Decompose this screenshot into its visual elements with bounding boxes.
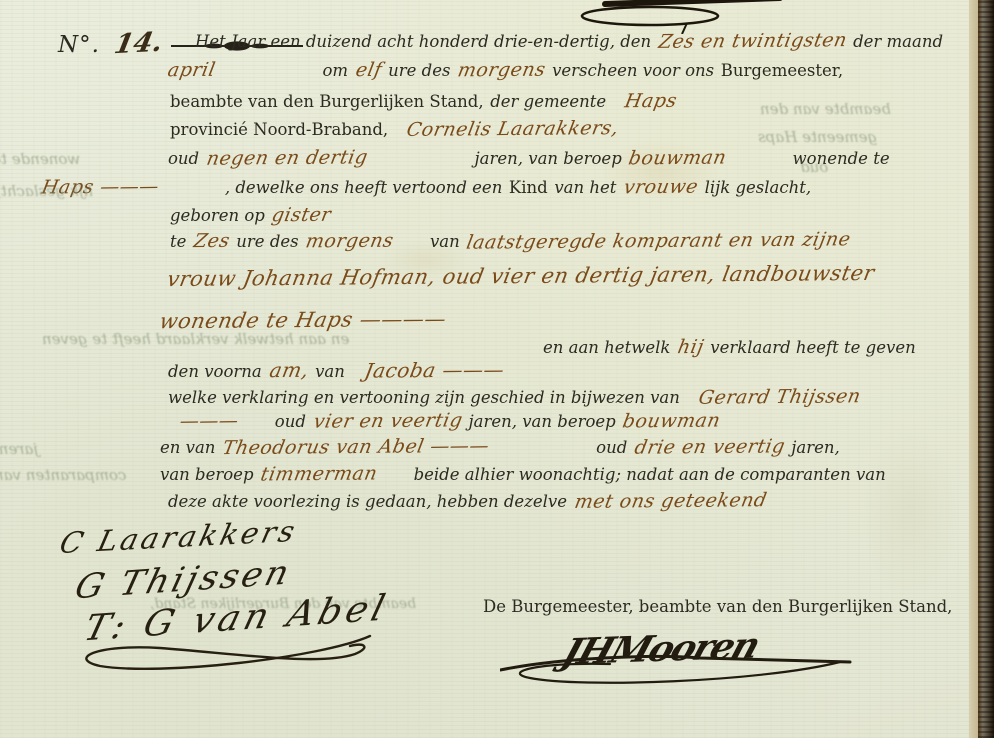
printed-form-text: oud <box>596 438 627 457</box>
act-line: Het Jaar een duizend acht honderd drie-e… <box>195 30 943 52</box>
paper-stain <box>860 420 960 600</box>
handwritten-entry: Zes <box>192 230 232 252</box>
printed-form-text: der maand <box>853 32 943 51</box>
act-line: van beroeptimmermanbeide alhier woonacht… <box>160 463 886 485</box>
handwritten-entry: vier en veertig <box>311 409 464 432</box>
act-line: en aan hetwelkhijverklaard heeft te geve… <box>543 336 916 358</box>
bleedthrough-text: comparanten van <box>0 466 126 484</box>
page-edge-light <box>969 0 978 738</box>
birth-act-document: N°. 14. Het Jaar een duizend acht honder… <box>0 0 994 738</box>
bleedthrough-text: gemeente Haps <box>758 128 877 146</box>
previous-act-signature-flourish <box>535 0 785 34</box>
handwritten-entry: Zes en twintigsten <box>657 29 849 53</box>
bleedthrough-text: lijk geslacht, <box>0 182 93 200</box>
printed-form-text: beide alhier woonachtig; nadat aan de co… <box>414 465 886 484</box>
printed-form-text: ure des <box>236 232 298 251</box>
act-line: deze akte voorlezing is gedaan, hebben d… <box>168 490 766 512</box>
printed-form-text: jaren, <box>791 438 839 457</box>
printed-form-text: oud <box>275 412 306 431</box>
act-line: den voornaam,vanJacoba ——— <box>168 358 504 382</box>
printed-form-text: te <box>170 232 186 251</box>
printed-form-text: verscheen voor ons <box>552 61 714 80</box>
handwritten-entry: Gerard Thijssen <box>697 385 863 408</box>
handwritten-entry: met ons geteekend <box>572 489 768 513</box>
act-line: vrouw Johanna Hofman, oud vier en dertig… <box>168 264 874 288</box>
printed-form-text: en van <box>160 438 215 457</box>
printed-form-text: van <box>430 232 460 251</box>
printed-form-text: verklaard heeft te geven <box>710 338 915 357</box>
handwritten-entry: laatstgeregde komparant en van zijne <box>465 228 853 253</box>
bleedthrough-text: en aan hetwelk verklaard heeft te geven <box>42 330 349 348</box>
signature-laarakkers: C Laarakkers <box>56 514 301 560</box>
printed-form-text: jaren, van beroep <box>469 412 616 431</box>
act-line: provincié Noord-Braband,Cornelis Laarakk… <box>170 118 618 140</box>
handwritten-entry: Theodorus van Abel ——— <box>221 435 491 459</box>
printed-form-text: om <box>322 61 348 80</box>
handwritten-entry: bouwman <box>627 147 728 170</box>
printed-form-text: Burgemeester, <box>721 61 843 80</box>
act-line: geboren opgister <box>170 204 331 226</box>
officiant-signature-flourish <box>500 648 860 688</box>
handwritten-entry: vrouw Johanna Hofman, oud vier en dertig… <box>165 261 876 291</box>
act-line: wonende te Haps ———— <box>160 308 446 332</box>
handwritten-entry: timmerman <box>259 462 379 485</box>
handwritten-entry: morgens <box>304 230 396 253</box>
act-number-label: N°. <box>58 32 100 58</box>
officiant-title: De Burgemeester, beambte van den Burgerl… <box>483 597 952 616</box>
act-line: oudnegen en dertigjaren, van beroepbouwm… <box>168 147 890 169</box>
printed-form-text: der gemeente <box>490 92 606 111</box>
van-abel-signature-flourish <box>70 632 390 682</box>
printed-form-text: geboren op <box>170 206 265 225</box>
printed-form-text: provincié Noord-Braband, <box>170 120 388 139</box>
printed-form-text: deze akte voorlezing is gedaan, hebben d… <box>168 492 567 511</box>
printed-form-text: van het <box>554 178 616 197</box>
handwritten-entry: bouwman <box>621 410 722 433</box>
bleedthrough-text: beambte van den <box>760 100 891 118</box>
handwritten-entry: april <box>166 59 217 81</box>
handwritten-entry: morgens <box>456 59 548 82</box>
handwritten-entry: Haps <box>623 90 679 112</box>
printed-form-text: lijk geslacht, <box>705 178 812 197</box>
printed-form-text: jaren, van beroep <box>475 149 622 168</box>
printed-form-text: beambte van den Burgerlijken Stand, <box>170 92 484 111</box>
printed-form-text: van <box>315 362 345 381</box>
act-line: beambte van den Burgerlijken Stand,der g… <box>170 90 677 112</box>
page-edge-dark <box>978 0 994 738</box>
handwritten-entry: Jacoba ——— <box>363 357 507 382</box>
act-line: en vanTheodorus van Abel ———ouddrie en v… <box>160 436 840 458</box>
handwritten-entry: negen en dertig <box>205 146 370 169</box>
handwritten-entry: gister <box>270 204 333 227</box>
printed-form-text: welke verklaring en vertooning zijn gesc… <box>168 388 680 407</box>
bleedthrough-text: oud <box>800 158 828 176</box>
handwritten-entry: vrouwe <box>622 176 700 199</box>
act-line: Haps ———, dewelke ons heeft vertoond een… <box>42 176 811 198</box>
printed-form-text: ure des <box>388 61 450 80</box>
handwritten-entry: am, <box>267 358 310 382</box>
printed-form-text: van beroep <box>160 465 254 484</box>
handwritten-entry: drie en veertig <box>633 435 787 458</box>
handwritten-entry: Cornelis Laarakkers, <box>405 117 621 141</box>
act-line: aprilomelfure desmorgensverscheen voor o… <box>168 59 843 81</box>
printed-form-text: , dewelke ons heeft vertoond een <box>225 178 502 197</box>
act-number-value: 14. <box>112 27 166 60</box>
handwritten-entry: elf <box>354 59 384 81</box>
handwritten-entry: ——— <box>178 410 241 433</box>
printed-form-text: Het Jaar een duizend acht honderd drie-e… <box>195 32 651 51</box>
handwritten-entry: hij <box>676 336 706 358</box>
printed-form-text: oud <box>168 149 199 168</box>
printed-form-text: Kind <box>509 178 548 197</box>
bleedthrough-text: jaren, <box>0 440 38 458</box>
act-line: ———oudvier en veertigjaren, van beroepbo… <box>180 410 721 432</box>
act-line: teZesure desmorgensvanlaatstgeregde komp… <box>170 230 851 252</box>
printed-form-text: den voorna <box>168 362 262 381</box>
bleedthrough-text: wonende te <box>0 150 80 168</box>
act-line: welke verklaring en vertooning zijn gesc… <box>168 386 860 408</box>
printed-form-text: en aan hetwelk <box>543 338 670 357</box>
